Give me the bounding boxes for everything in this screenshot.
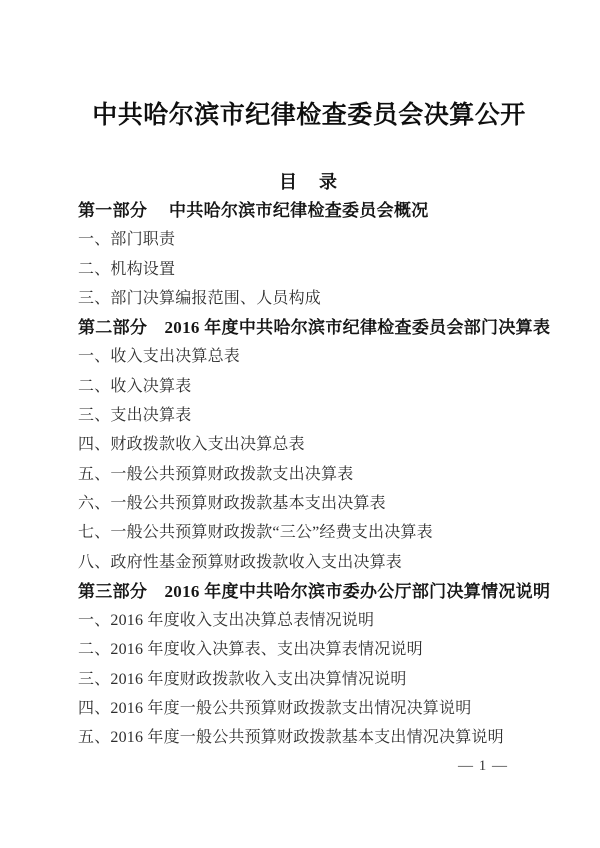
toc-item: 七、一般公共预算财政拨款“三公”经费支出决算表 [78,518,540,547]
toc-item: 二、收入决算表 [78,372,540,401]
toc-item: 五、2016 年度一般公共预算财政拨款基本支出情况决算说明 [78,723,540,752]
page-number: — 1 — [458,757,508,775]
table-of-contents: 第一部分 中共哈尔滨市纪律检查委员会概况 一、部门职责 二、机构设置 三、部门决… [78,196,540,753]
toc-item: 二、2016 年度收入决算表、支出决算表情况说明 [78,635,540,664]
section-heading-part-2: 第二部分 2016 年度中共哈尔滨市纪律检查委员会部门决算表 [78,313,540,342]
toc-item: 一、2016 年度收入支出决算总表情况说明 [78,606,540,635]
toc-heading: 目 录 [78,169,540,196]
toc-item: 八、政府性基金预算财政拨款收入支出决算表 [78,548,540,577]
section-heading-part-1: 第一部分 中共哈尔滨市纪律检查委员会概况 [78,196,540,225]
toc-item: 一、部门职责 [78,225,540,254]
document-title: 中共哈尔滨市纪律检查委员会决算公开 [78,0,540,132]
toc-item: 一、收入支出决算总表 [78,342,540,371]
document-page: 中共哈尔滨市纪律检查委员会决算公开 目 录 第一部分 中共哈尔滨市纪律检查委员会… [0,0,600,848]
toc-item: 四、财政拨款收入支出决算总表 [78,430,540,459]
toc-item: 六、一般公共预算财政拨款基本支出决算表 [78,489,540,518]
toc-item: 三、2016 年度财政拨款收入支出决算情况说明 [78,665,540,694]
toc-item: 三、支出决算表 [78,401,540,430]
toc-item: 四、2016 年度一般公共预算财政拨款支出情况决算说明 [78,694,540,723]
toc-item: 五、一般公共预算财政拨款支出决算表 [78,460,540,489]
toc-item: 二、机构设置 [78,255,540,284]
toc-item: 三、部门决算编报范围、人员构成 [78,284,540,313]
section-heading-part-3: 第三部分 2016 年度中共哈尔滨市委办公厅部门决算情况说明 [78,577,540,606]
